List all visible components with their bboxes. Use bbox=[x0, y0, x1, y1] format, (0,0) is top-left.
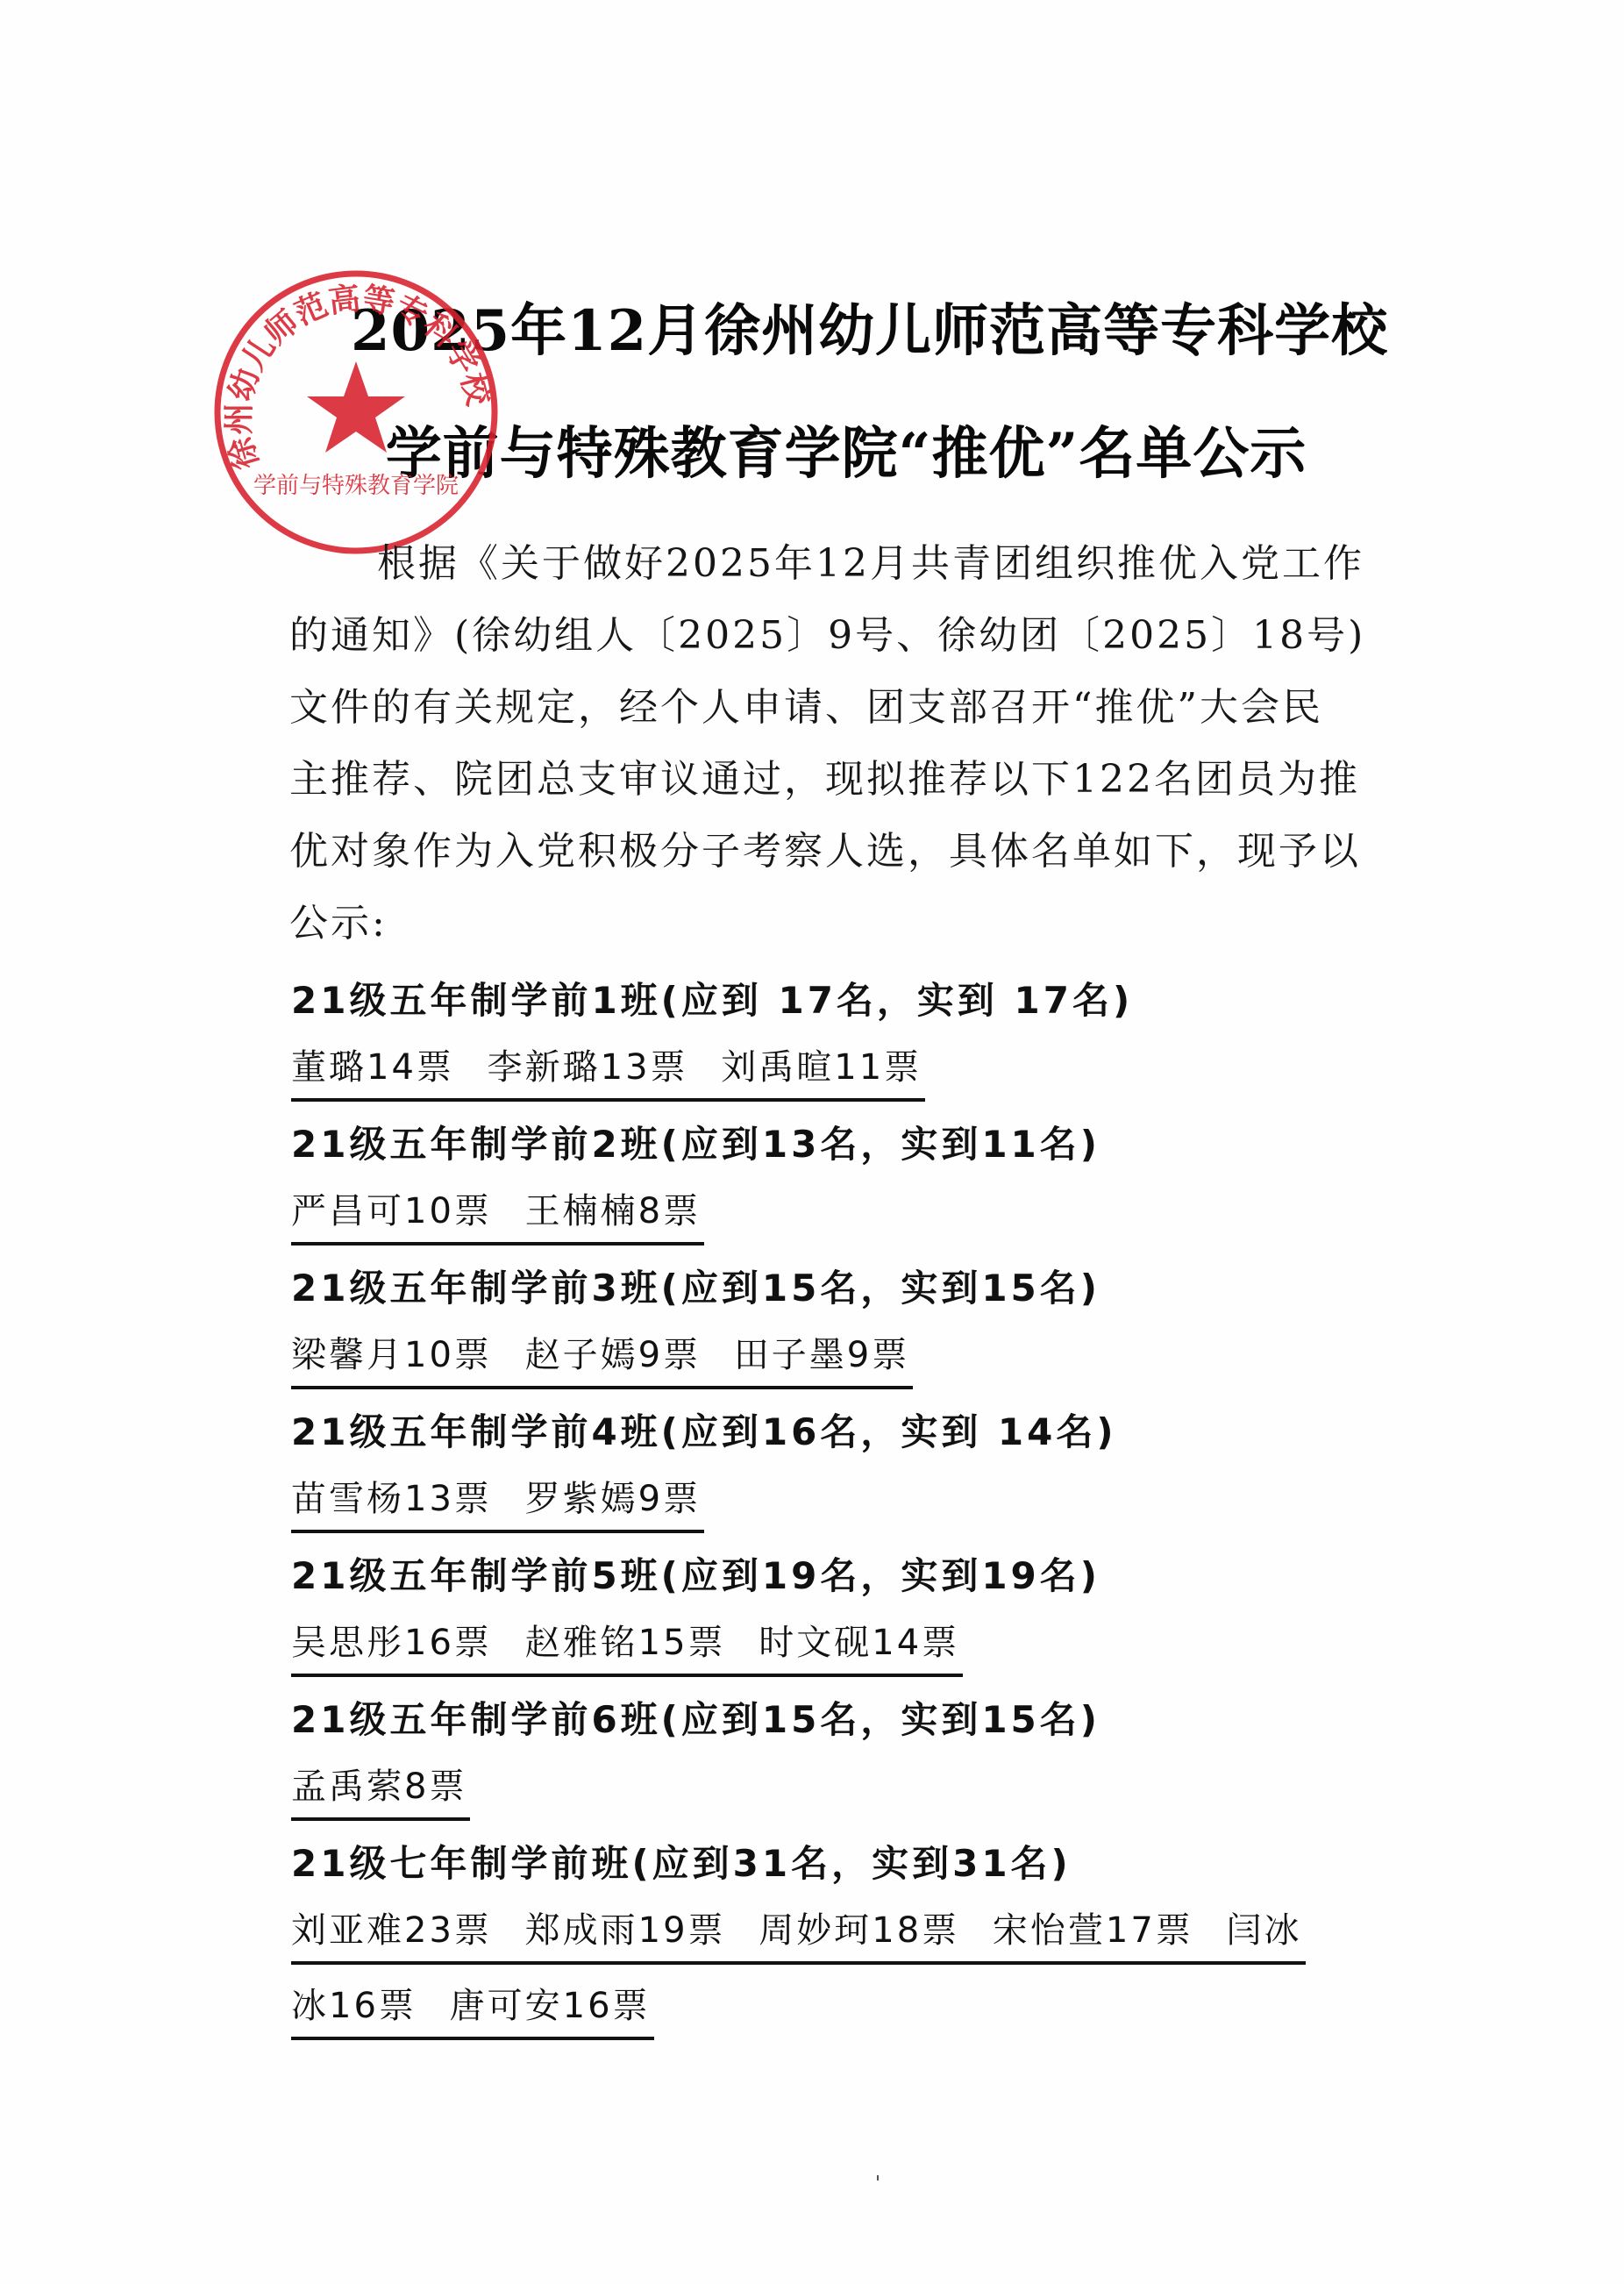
candidate-entry: 赵雅铭15票 bbox=[525, 1623, 726, 1663]
document-title-line-2: 学前与特殊教育学院“推优”名单公示 bbox=[351, 419, 1342, 489]
candidate-entry: 吴思彤16票 bbox=[291, 1623, 492, 1663]
candidate-list: 吴思彤16票 赵雅铭15票 时文砚14票 bbox=[291, 1612, 963, 1677]
notice-body-paragraph: 根据《关于做好2025年12月共青团组织推优入党工作 的通知》(徐幼组人〔202… bbox=[289, 528, 1368, 960]
candidate-entry: 刘禹暄11票 bbox=[721, 1047, 922, 1088]
candidate-entry: 严昌可10票 bbox=[291, 1191, 492, 1231]
class-heading: 21级五年制学前2班(应到13名，实到11名) bbox=[291, 1109, 1431, 1181]
scanned-document-page: 2025年12月徐州幼儿师范高等专科学校 学前与特殊教育学院“推优”名单公示 徐… bbox=[0, 0, 1624, 2284]
candidate-entry: 刘亚难23票 bbox=[291, 1910, 492, 1951]
class-heading: 21级五年制学前6班(应到15名，实到15名) bbox=[291, 1684, 1431, 1756]
class-section-7: 21级七年制学前班(应到31名，实到31名) 刘亚难23票 郑成雨19票 周妙珂… bbox=[291, 1828, 1431, 2051]
class-heading: 21级五年制学前3班(应到15名，实到15名) bbox=[291, 1253, 1431, 1324]
candidate-entry: 赵子嫣9票 bbox=[525, 1335, 701, 1375]
candidate-list: 苗雪杨13票 罗紫嫣9票 bbox=[291, 1468, 704, 1533]
candidate-entry: 孟禹萦8票 bbox=[291, 1767, 467, 1807]
class-section-2: 21级五年制学前2班(应到13名，实到11名) 严昌可10票 王楠楠8票 bbox=[291, 1109, 1431, 1256]
candidate-list: 董璐14票 李新璐13票 刘禹暄11票 bbox=[291, 1037, 925, 1102]
candidate-entry: 郑成雨19票 bbox=[525, 1910, 726, 1951]
candidate-list: 孟禹萦8票 bbox=[291, 1756, 470, 1821]
candidate-entry: 董璐14票 bbox=[291, 1047, 454, 1088]
candidate-entry-wrapped: 闫冰 bbox=[1227, 1910, 1302, 1951]
class-heading: 21级五年制学前4班(应到16名，实到 14名) bbox=[291, 1396, 1431, 1468]
class-section-4: 21级五年制学前4班(应到16名，实到 14名) 苗雪杨13票 罗紫嫣9票 bbox=[291, 1396, 1431, 1544]
class-section-5: 21级五年制学前5班(应到19名，实到19名) 吴思彤16票 赵雅铭15票 时文… bbox=[291, 1540, 1431, 1688]
candidate-entry-wrapped: 冰16票 bbox=[291, 1986, 417, 2026]
candidate-entry: 苗雪杨13票 bbox=[291, 1479, 492, 1519]
class-section-1: 21级五年制学前1班(应到 17名，实到 17名) 董璐14票 李新璐13票 刘… bbox=[291, 965, 1431, 1112]
candidate-list: 刘亚难23票 郑成雨19票 周妙珂18票 宋怡萱17票 闫冰 bbox=[291, 1900, 1306, 1965]
class-section-3: 21级五年制学前3班(应到15名，实到15名) 梁馨月10票 赵子嫣9票 田子墨… bbox=[291, 1253, 1431, 1400]
candidate-entry: 田子墨9票 bbox=[734, 1335, 909, 1375]
candidate-entry: 李新璐13票 bbox=[488, 1047, 688, 1088]
candidate-entry: 唐可安16票 bbox=[450, 1986, 651, 2026]
candidate-list: 严昌可10票 王楠楠8票 bbox=[291, 1181, 704, 1245]
candidate-list-continued: 冰16票 唐可安16票 bbox=[291, 1975, 654, 2040]
document-title-line-1: 2025年12月徐州幼儿师范高等专科学校 bbox=[351, 296, 1342, 367]
class-heading: 21级五年制学前1班(应到 17名，实到 17名) bbox=[291, 965, 1431, 1037]
candidate-entry: 罗紫嫣9票 bbox=[525, 1479, 701, 1519]
body-line: 根据《关于做好2025年12月共青团组织推优入党工作 bbox=[289, 528, 1368, 600]
candidate-entry: 周妙珂18票 bbox=[759, 1910, 959, 1951]
candidate-entry: 时文砚14票 bbox=[759, 1623, 959, 1663]
scan-speck bbox=[877, 2175, 879, 2181]
class-heading: 21级五年制学前5班(应到19名，实到19名) bbox=[291, 1540, 1431, 1612]
class-heading: 21级七年制学前班(应到31名，实到31名) bbox=[291, 1828, 1431, 1900]
body-line: 优对象作为入党积极分子考察人选，具体名单如下，现予以 bbox=[289, 816, 1368, 888]
body-line: 文件的有关规定，经个人申请、团支部召开“推优”大会民 bbox=[289, 672, 1368, 744]
candidate-list: 梁馨月10票 赵子嫣9票 田子墨9票 bbox=[291, 1324, 913, 1389]
body-line: 主推荐、院团总支审议通过，现拟推荐以下122名团员为推 bbox=[289, 744, 1368, 816]
body-line: 的通知》(徐幼组人〔2025〕9号、徐幼团〔2025〕18号) bbox=[289, 600, 1368, 672]
class-section-6: 21级五年制学前6班(应到15名，实到15名) 孟禹萦8票 bbox=[291, 1684, 1431, 1831]
body-line: 公示: bbox=[289, 888, 1368, 960]
candidate-entry: 王楠楠8票 bbox=[525, 1191, 701, 1231]
candidate-entry: 宋怡萱17票 bbox=[993, 1910, 1193, 1951]
candidate-entry: 梁馨月10票 bbox=[291, 1335, 492, 1375]
